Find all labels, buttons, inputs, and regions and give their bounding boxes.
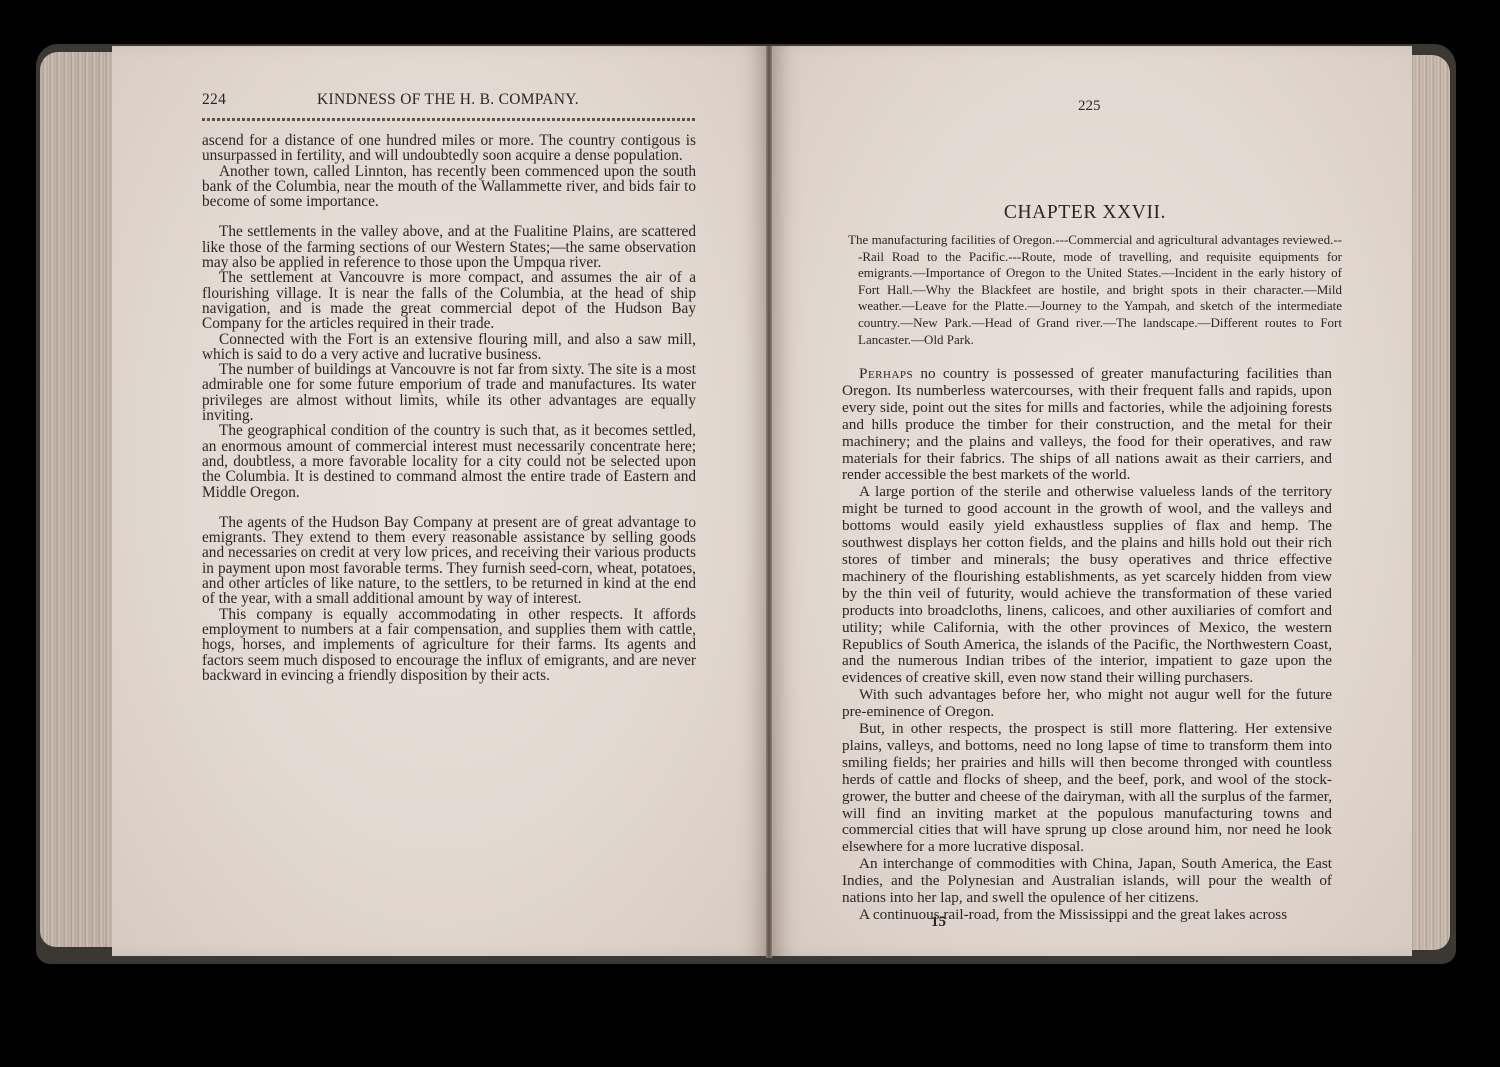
paragraph: A continuous rail-road, from the Mississ…: [842, 907, 1332, 924]
paragraph: A large portion of the sterile and other…: [842, 484, 1332, 687]
running-head: 224 KINDNESS OF THE H. B. COMPANY.: [202, 91, 694, 111]
chapter-synopsis: The manufacturing facilities of Oregon.-…: [848, 232, 1342, 348]
right-page-body: Perhaps no country is possessed of great…: [842, 366, 1332, 924]
signature-mark: 15: [931, 914, 946, 931]
running-title: KINDNESS OF THE H. B. COMPANY.: [202, 91, 694, 109]
right-page-number: 225: [1078, 98, 1101, 115]
paragraph: The settlement at Vancouvre is more comp…: [202, 270, 696, 331]
paragraph: The geographical condition of the countr…: [202, 423, 696, 499]
left-page-body: ascend for a distance of one hundred mil…: [202, 133, 696, 683]
paragraph: Connected with the Fort is an extensive …: [202, 332, 696, 363]
wavy-rule-divider: [202, 118, 696, 121]
paragraph: An interchange of commodities with China…: [842, 856, 1332, 907]
paragraph: Another town, called Linnton, has recent…: [202, 164, 696, 210]
paragraph-text: no country is possessed of greater manuf…: [842, 365, 1332, 483]
paragraph-first: Perhaps no country is possessed of great…: [842, 366, 1332, 484]
paragraph: But, in other respects, the prospect is …: [842, 721, 1332, 856]
paragraph: The number of buildings at Vancouvre is …: [202, 362, 696, 423]
paragraph: ascend for a distance of one hundred mil…: [202, 133, 696, 164]
paragraph: This company is equally accommodating in…: [202, 607, 696, 683]
paragraph: With such advantages before her, who mig…: [842, 687, 1332, 721]
drop-word: Perhaps: [859, 365, 913, 382]
chapter-title: CHAPTER XXVII.: [840, 202, 1330, 224]
book-gutter: [766, 46, 772, 958]
paragraph: The agents of the Hudson Bay Company at …: [202, 515, 696, 607]
paragraph: The settlements in the valley above, and…: [202, 224, 696, 270]
